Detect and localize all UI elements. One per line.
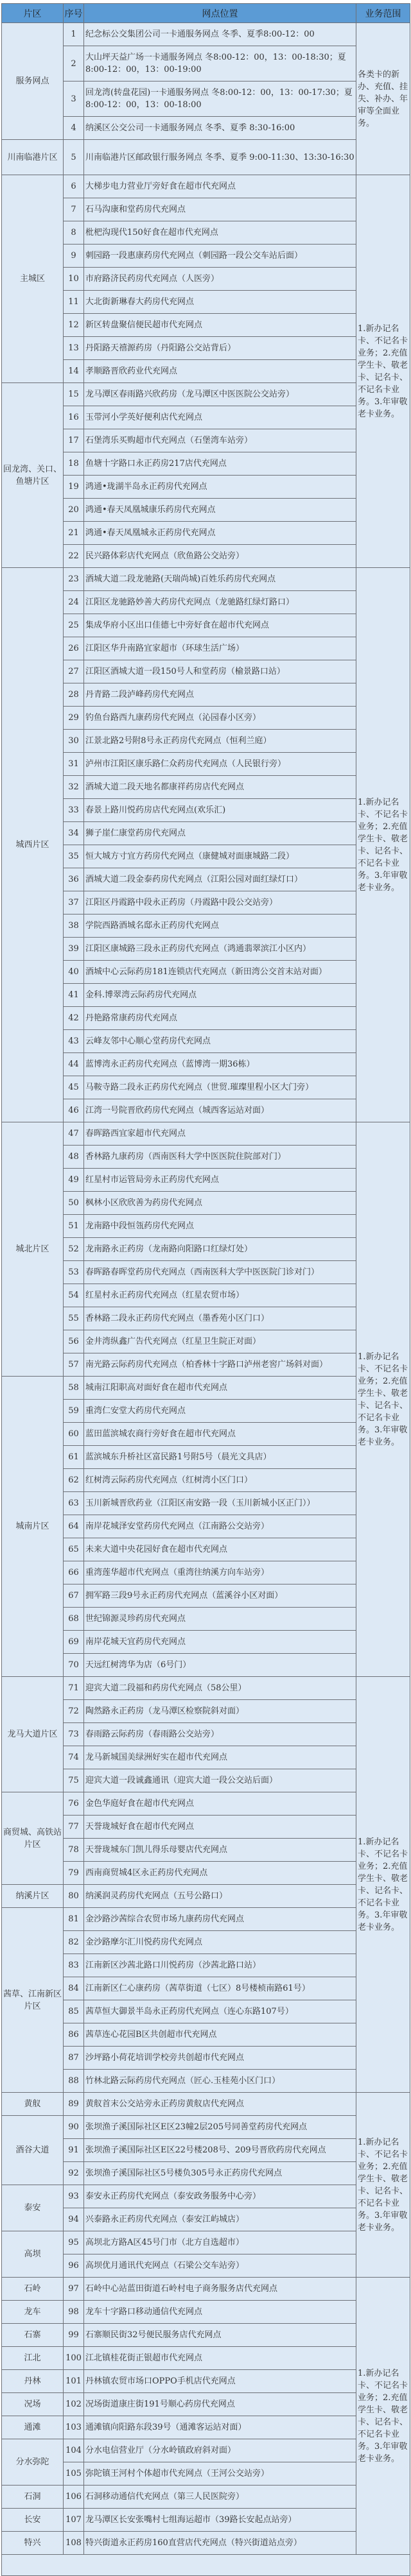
table-row: 69南岸花城天宜药房代充网点	[2, 1631, 410, 1654]
row-number: 49	[64, 1169, 84, 1192]
row-number: 59	[64, 1400, 84, 1423]
table-row: 65未来大道中央花园好食在超市代充网点	[2, 1538, 410, 1561]
row-number: 101	[64, 2370, 84, 2393]
table-row: 86茜草连心花园B区共创超市代充网点	[2, 2023, 410, 2047]
row-number: 41	[64, 984, 84, 1007]
table-row: 川南临港片区5川南临港片区邮政银行服务网点 冬季、夏季 9:00-11:30、1…	[2, 140, 410, 175]
area-cell: 川南临港片区	[2, 140, 64, 175]
table-row: 29钓鱼台路西九康药房代充网点（沁园春小区旁）	[2, 707, 410, 730]
table-row: 49红星村市运管局旁永正药房代充网点	[2, 1169, 410, 1192]
row-number: 67	[64, 1584, 84, 1608]
business-scope-cell: 1.新办记名卡、不记名卡业务；2.充值学生卡、敬老卡、记名卡、不记名卡业务。3.…	[356, 2278, 410, 2555]
row-number: 82	[64, 1931, 84, 1954]
business-scope-cell: 1.新办记名卡、不记名卡业务；2.充值学生卡、敬老卡、记名卡、不记名卡业务。3.…	[356, 568, 410, 1122]
table-row: 石寨99石寨顺民街32号便民服务店代充网点	[2, 2324, 410, 2347]
area-cell: 通滩	[2, 2416, 64, 2439]
row-number: 104	[64, 2439, 84, 2462]
table-row: 33春景上路川悦药房店代充网点(欢乐汇)	[2, 799, 410, 822]
outlet-location: 香林路九康药房（西南医科大学中医医院住院部对门）	[84, 1146, 356, 1169]
outlet-location: 红树湾云际药房代充网点（红树湾小区门口）	[84, 1469, 356, 1492]
table-row: 94兴泰路永正药房代充网点（泰安江屿城店）	[2, 2208, 410, 2231]
area-cell: 回龙湾、关口、鱼塘片区	[2, 383, 64, 568]
row-number: 26	[64, 637, 84, 660]
row-number: 9	[64, 245, 84, 268]
row-number: 73	[64, 1723, 84, 1746]
table-row: 61蓝滨城东升桥社区富民路1号附5号（晨光文具店）	[2, 1446, 410, 1469]
outlet-location: 江阳区康城路三段永正药房代充网点（鸿通翡翠滨江小区内）	[84, 938, 356, 961]
outlet-location: 鸿通•珑湖半岛永正药房代充网点	[84, 476, 356, 499]
outlet-location: 江阳区酒城大道一段150号人和堂药房（榆景路口站）	[84, 660, 356, 683]
table-body: 服务网点1纪念标公交集团公司一卡通服务网点 冬季、夏季8:00-12：00各类卡…	[2, 23, 410, 2576]
table-row: 龙车98龙车十字路口移动通信代充网点	[2, 2301, 410, 2324]
table-row: 20鸿通•春天凤凰城康乐药房代充网点	[2, 499, 410, 522]
row-number: 71	[64, 1677, 84, 1700]
area-cell: 丹林	[2, 2370, 64, 2393]
table-row: 丹林101丹林镇农贸市场口OPPO手机店代充网点	[2, 2370, 410, 2393]
outlet-location: 石寨顺民街32号便民服务店代充网点	[84, 2324, 356, 2347]
table-row: 4纳溪区公交公司一卡通服务网点 冬季、夏季 8:30-16:00	[2, 117, 410, 140]
outlet-location: 鱼塘十字路口永正药房217店代充网点	[84, 452, 356, 476]
outlet-location: 鸿通•春天凤凰城康乐药房代充网点	[84, 499, 356, 522]
outlet-location: 迎宾大道二段福和药房代充网点（58公里）	[84, 1677, 356, 1700]
outlet-location: 江南新区沙茜北路口川悦药房（沙茜北路口站）	[84, 1954, 356, 1977]
table-row: 55香林路二段永正药房代充网点（墨香苑小区门口）	[2, 1307, 410, 1330]
outlet-location: 蓝滨城东升桥社区富民路1号附5号（晨光文具店）	[84, 1446, 356, 1469]
row-number: 33	[64, 799, 84, 822]
table-row: 84江南新区仁心康药房（茜草街道（七区）8号楼桢南路61号）	[2, 1977, 410, 2000]
outlet-location: 酒城大道二段龙驰路(天瑞尚城)百姓乐药房代充网点	[84, 568, 356, 591]
outlet-location: 南岸花城天宜药房代充网点	[84, 1631, 356, 1654]
row-number: 28	[64, 683, 84, 707]
outlet-location: 枇杷沟现代150好食在超市代充网点	[84, 221, 356, 245]
table-row: 59重湾仁安堂大药房代充网点	[2, 1400, 410, 1423]
outlet-location: 酒城中心云际药房181连锁店代充网点（新田湾公交首末站对面）	[84, 961, 356, 984]
table-row: 46江湾一号院晋欣药房代充网点（城西客运站对面）	[2, 1099, 410, 1122]
table-row: 24江阳区龙驰路妙善大药房代充网点（龙驰路红绿灯路口）	[2, 591, 410, 614]
row-number: 40	[64, 961, 84, 984]
row-number: 98	[64, 2301, 84, 2324]
row-number: 75	[64, 1769, 84, 1792]
outlet-location: 狮子崖仁康堂药房代充网点	[84, 822, 356, 845]
area-cell: 高坝	[2, 2231, 64, 2278]
outlet-location: 金沙路摩尔汇川悦药房代充网点	[84, 1931, 356, 1954]
area-cell: 石岭	[2, 2278, 64, 2301]
outlet-location: 丹阳路天禧源药房（丹阳路公交站背后）	[84, 337, 356, 360]
row-number: 88	[64, 2070, 84, 2093]
outlet-location: 酒城大道二段天地名都康祥药房店代充网点	[84, 776, 356, 799]
table-row: 8枇杷沟现代150好食在超市代充网点	[2, 221, 410, 245]
row-number: 77	[64, 1816, 84, 1839]
outlet-location: 茜草连心花园B区共创超市代充网点	[84, 2023, 356, 2047]
table-row: 92张坝渔子溪国际社区5号楼负305号永正药房代充网点	[2, 2162, 410, 2185]
outlet-location: 茜草恒大御景半岛永正药房代充网点（连心东路107号）	[84, 2000, 356, 2023]
row-number: 30	[64, 730, 84, 753]
table-row: 32酒城大道二段天地名都康祥药房店代充网点	[2, 776, 410, 799]
row-number: 31	[64, 753, 84, 776]
row-number: 17	[64, 429, 84, 452]
table-row: 66重湾莲华超市代充网点（重湾往纳溪方向车站旁）	[2, 1561, 410, 1584]
table-row: 长安107龙马潭区长安张嘴村七组海运超市（39路长安起点站旁）	[2, 2509, 410, 2532]
row-number: 51	[64, 1215, 84, 1238]
business-scope-cell: 1.新办记名卡、不记名卡业务；2.充值学生卡、敬老卡、记名卡、不记名卡业务。3.…	[356, 175, 410, 568]
table-row: 17石堡湾乐买购超市代充网点（石堡湾车站旁）	[2, 429, 410, 452]
area-cell: 城北片区	[2, 1122, 64, 1377]
table-row: 70天远红树湾华为店（6号门）	[2, 1654, 410, 1677]
area-cell: 况场	[2, 2393, 64, 2416]
table-row: 43云峰友邻中心顺心堂药房代充网点	[2, 1030, 410, 1053]
outlet-location: 恒大城方寸宜方药房代充网点（康健城对面康城路二段）	[84, 845, 356, 868]
area-cell: 长安	[2, 2509, 64, 2532]
table-row: 27江阳区酒城大道一段150号人和堂药房（榆景路口站）	[2, 660, 410, 683]
outlet-location: 龙马新城国美绿洲好实在超市代充网点	[84, 1746, 356, 1769]
table-row: 82金沙路摩尔汇川悦药房代充网点	[2, 1931, 410, 1954]
table-row: 城西片区23酒城大道二段龙驰路(天瑞尚城)百姓乐药房代充网点1.新办记名卡、不记…	[2, 568, 410, 591]
header-scope: 业务范围	[356, 4, 410, 23]
row-number: 63	[64, 1492, 84, 1515]
outlet-location: 春晖路西宜家超市代充网点	[84, 1122, 356, 1146]
row-number: 39	[64, 938, 84, 961]
outlet-location: 云峰友邻中心顺心堂药房代充网点	[84, 1030, 356, 1053]
outlet-location: 迎宾大道一段诚鑫通讯（迎宾大道一段公交站后面）	[84, 1769, 356, 1792]
row-number: 45	[64, 1076, 84, 1099]
table-row: 56金井湾纵鑫广告代充网点（红星卫生院正对面）	[2, 1330, 410, 1353]
row-number: 108	[64, 2532, 84, 2555]
table-row: 纳溪片区80纳溪润灵药房代充网点（五号公路口）	[2, 1885, 410, 1908]
row-number: 70	[64, 1654, 84, 1677]
row-number: 105	[64, 2462, 84, 2486]
outlet-location: 金井湾纵鑫广告代充网点（红星卫生院正对面）	[84, 1330, 356, 1353]
outlet-location: 江阳区华升南路宜家超市（环球生活广场）	[84, 637, 356, 660]
row-number: 76	[64, 1792, 84, 1816]
outlet-location: 江南新区仁心康药房（茜草街道（七区）8号楼桢南路61号）	[84, 1977, 356, 2000]
row-number: 34	[64, 822, 84, 845]
area-cell: 江北	[2, 2347, 64, 2370]
outlet-location: 香林路二段永正药房代充网点（墨香苑小区门口）	[84, 1307, 356, 1330]
row-number: 69	[64, 1631, 84, 1654]
area-cell: 茜草、江南新区片区	[2, 1908, 64, 2093]
row-number: 53	[64, 1261, 84, 1284]
outlet-location: 特兴街道永正药房160直营店代充网点（特兴街道站点旁）	[84, 2532, 356, 2555]
outlet-location: 集成华府小区出口佳德七中旁好食在超市代充网点	[84, 614, 356, 637]
table-row: 48香林路九康药房（西南医科大学中医医院住院部对门）	[2, 1146, 410, 1169]
table-row: 商贸城、高铁站片区76金色华庭好食在超市代充网点	[2, 1792, 410, 1816]
outlet-location: 江湾一号院晋欣药房代充网点（城西客运站对面）	[84, 1099, 356, 1122]
outlet-location: 天誉珑城好食在超市代充网点	[84, 1816, 356, 1839]
outlet-location: 春晖路春晖堂药房代充网点（西南医科大学中医医院门诊对门）	[84, 1261, 356, 1284]
row-number: 47	[64, 1122, 84, 1146]
table-row: 39江阳区康城路三段永正药房代充网点（鸿通翡翠滨江小区内）	[2, 938, 410, 961]
row-number: 50	[64, 1192, 84, 1215]
table-row: 63玉川新城晋欣药业（江阳区南安路一段（玉川新城小区正门））	[2, 1492, 410, 1515]
table-row: 38学院西路酒城名邸永正药房代充网点	[2, 914, 410, 938]
outlet-location: 重湾莲华超市代充网点（重湾往纳溪方向车站旁）	[84, 1561, 356, 1584]
row-number: 103	[64, 2416, 84, 2439]
table-row: 52龙南路永正药房（龙南路向阳路口红绿灯处）	[2, 1238, 410, 1261]
outlet-location: 酒城大道二段金泰药房代充网点（江阳公园对面红绿灯口）	[84, 868, 356, 891]
area-cell: 石寨	[2, 2324, 64, 2347]
row-number: 81	[64, 1908, 84, 1931]
table-row: 石洞106石洞移动通信代充网点（第三人民医院旁）	[2, 2486, 410, 2509]
table-row: 回龙湾、关口、鱼塘片区15龙马潭区春雨路兴欣药房（龙马潭区中医医院公交站旁）	[2, 383, 410, 406]
outlet-location: 枫林小区欣欣善为药房代充网点	[84, 1192, 356, 1215]
footer-note	[2, 2555, 410, 2576]
table-row: 城北片区47春晖路西宜家超市代充网点1.新办记名卡、不记名卡业务；2.充值学生卡…	[2, 1122, 410, 1146]
row-number: 92	[64, 2162, 84, 2185]
outlet-location: 金色华庭好食在超市代充网点	[84, 1792, 356, 1816]
outlet-location: 重湾仁安堂大药房代充网点	[84, 1400, 356, 1423]
row-number: 43	[64, 1030, 84, 1053]
row-number: 48	[64, 1146, 84, 1169]
business-scope-cell: 1.新办记名卡、不记名卡业务；2.充值学生卡、敬老卡、记名卡、不记名卡业务。3.…	[356, 2093, 410, 2278]
table-row: 茜草、江南新区片区81金沙路沙茜综合农贸市场九康药房代充网点	[2, 1908, 410, 1931]
row-number: 16	[64, 406, 84, 429]
row-number: 90	[64, 2116, 84, 2139]
table-row: 42丹艳路常康药房代充网点	[2, 1007, 410, 1030]
table-row: 45马鞍寺路二段永正药房代充网点（世贸.璀璨里程小区大门旁）	[2, 1076, 410, 1099]
header-location: 网点位置	[84, 4, 356, 23]
outlet-location: 红星村永正药房代充网点（红星农贸市场）	[84, 1284, 356, 1307]
outlet-location: 南岸花城泽安堂药房代充网点（江南路公交站旁）	[84, 1515, 356, 1538]
table-row: 40酒城中心云际药房181连锁店代充网点（新田湾公交首末站对面）	[2, 961, 410, 984]
table-row: 22民兴路体彩店代充网点（欣鱼路公交站旁）	[2, 545, 410, 568]
row-number: 94	[64, 2208, 84, 2231]
outlet-location: 况场街道康庄街191号顺心药房代充网点	[84, 2393, 356, 2416]
business-scope-cell: 各类卡的新办、充值、挂失、补办、年审等全面业务。	[356, 23, 410, 175]
table-row: 87沙坪路小荷花培训学校旁共创超市代充网点	[2, 2047, 410, 2070]
table-footer-row	[2, 2555, 410, 2576]
outlet-location: 泰安永正药房代充网点（泰安政务服务中心旁）	[84, 2185, 356, 2208]
table-row: 泰安93泰安永正药房代充网点（泰安政务服务中心旁）	[2, 2185, 410, 2208]
table-row: 21鸿通•春天凤凰城永正药房代充网点	[2, 522, 410, 545]
row-number: 8	[64, 221, 84, 245]
table-row: 74龙马新城国美绿洲好实在超市代充网点	[2, 1746, 410, 1769]
table-row: 城南片区58城南江阳职高对面好食在超市代充网点	[2, 1377, 410, 1400]
service-outlets-table: 片区 序号 网点位置 业务范围 服务网点1纪念标公交集团公司一卡通服务网点 冬季…	[1, 3, 410, 2576]
row-number: 7	[64, 198, 84, 221]
table-row: 44蓝博湾永正药房代充网点（蓝博湾一期36栋）	[2, 1053, 410, 1076]
table-row: 28丹青路二段泸峰药房代充网点	[2, 683, 410, 707]
outlet-location: 刺园路一段惠康药房代充网点（刺园路一段公交车站后面）	[84, 245, 356, 268]
outlet-location: 丹青路二段泸峰药房代充网点	[84, 683, 356, 707]
outlet-location: 学院西路酒城名邸永正药房代充网点	[84, 914, 356, 938]
outlet-location: 马鞍寺路二段永正药房代充网点（世贸.璀璨里程小区大门旁）	[84, 1076, 356, 1099]
row-number: 44	[64, 1053, 84, 1076]
row-number: 3	[64, 82, 84, 117]
row-number: 6	[64, 175, 84, 198]
business-scope-cell: 1.新办记名卡、不记名卡业务；2.充值学生卡、敬老卡、记名卡、不记名卡业务。3.…	[356, 1677, 410, 2093]
row-number: 56	[64, 1330, 84, 1353]
outlet-location: 龙马潭区春雨路兴欣药房（龙马潭区中医医院公交站旁）	[84, 383, 356, 406]
outlet-location: 拥军路三段9号永正药房代充网点（蓝溪谷小区对面）	[84, 1584, 356, 1608]
area-cell: 城西片区	[2, 568, 64, 1122]
table-row: 79西南商贸城4区永正药房代充网点	[2, 1862, 410, 1885]
row-number: 106	[64, 2486, 84, 2509]
row-number: 84	[64, 1977, 84, 2000]
table-row: 83江南新区沙茜北路口川悦药房（沙茜北路口站）	[2, 1954, 410, 1977]
outlet-location: 弥陀镇王河村个体超市代充网点（王河公交站旁）	[84, 2462, 356, 2486]
row-number: 91	[64, 2139, 84, 2162]
table-row: 况场102况场街道康庄街191号顺心药房代充网点	[2, 2393, 410, 2416]
table-row: 25集成华府小区出口佳德七中旁好食在超市代充网点	[2, 614, 410, 637]
table-row: 酒谷大道90张坝渔子溪国际社区E区23幢2层205号同善堂药房代充网点	[2, 2116, 410, 2139]
row-number: 4	[64, 117, 84, 140]
row-number: 74	[64, 1746, 84, 1769]
outlet-location: 回龙湾(转盘花园)一卡通服务网点 冬8:00-12：00，13：00-17:30…	[84, 82, 356, 117]
outlet-location: 江景北路2号附8号永正药房代充网点（恒利兰庭）	[84, 730, 356, 753]
outlet-location: 世纪锦源灵珍药房代充网点	[84, 1608, 356, 1631]
row-number: 102	[64, 2393, 84, 2416]
row-number: 100	[64, 2347, 84, 2370]
row-number: 36	[64, 868, 84, 891]
outlet-location: 民兴路体彩店代充网点（欣鱼路公交站旁）	[84, 545, 356, 568]
outlet-location: 泸州市江阳区康乐路仁众药房代充网点（人民银行旁）	[84, 753, 356, 776]
outlet-location: 江阳区龙驰路妙善大药房代充网点（龙驰路红绿灯路口）	[84, 591, 356, 614]
outlet-location: 石洞移动通信代充网点（第三人民医院旁）	[84, 2486, 356, 2509]
row-number: 24	[64, 591, 84, 614]
table-row: 黄舣89黄舣首末公交站旁永正药房黄舣店代充网点1.新办记名卡、不记名卡业务；2.…	[2, 2093, 410, 2116]
table-row: 26江阳区华升南路宜家超市（环球生活广场）	[2, 637, 410, 660]
row-number: 93	[64, 2185, 84, 2208]
outlet-location: 竹林北路云际药房代充网点（匠心.玉桂苑小区门口）	[84, 2070, 356, 2093]
table-row: 18鱼塘十字路口永正药房217店代充网点	[2, 452, 410, 476]
row-number: 38	[64, 914, 84, 938]
outlet-location: 纳溪区公交公司一卡通服务网点 冬季、夏季 8:30-16:00	[84, 117, 356, 140]
outlet-location: 沙坪路小荷花培训学校旁共创超市代充网点	[84, 2047, 356, 2070]
table-row: 9刺园路一段惠康药房代充网点（刺园路一段公交车站后面）	[2, 245, 410, 268]
table-row: 62红树湾云际药房代充网点（红树湾小区门口）	[2, 1469, 410, 1492]
table-row: 60蓝田蓝滨城农商行旁好食在超市代充网点	[2, 1423, 410, 1446]
outlet-location: 石堡湾乐买购超市代充网点（石堡湾车站旁）	[84, 429, 356, 452]
table-row: 7石马沟康和堂药房代充网点	[2, 198, 410, 221]
area-cell: 龙车	[2, 2301, 64, 2324]
outlet-location: 孝顺路晋欣药业代充网点	[84, 360, 356, 383]
table-row: 龙马大道片区71迎宾大道二段福和药房代充网点（58公里）1.新办记名卡、不记名卡…	[2, 1677, 410, 1700]
outlet-location: 玉川新城晋欣药业（江阳区南安路一段（玉川新城小区正门））	[84, 1492, 356, 1515]
outlet-location: 春雨路云际药房（春雨路公交站旁）	[84, 1723, 356, 1746]
table-row: 19鸿通•珑湖半岛永正药房代充网点	[2, 476, 410, 499]
outlet-location: 天远红树湾华为店（6号门）	[84, 1654, 356, 1677]
table-row: 31泸州市江阳区康乐路仁众药房代充网点（人民银行旁）	[2, 753, 410, 776]
row-number: 95	[64, 2231, 84, 2254]
area-cell: 分水弥陀	[2, 2439, 64, 2486]
table-row: 35恒大城方寸宜方药房代充网点（康健城对面康城路二段）	[2, 845, 410, 868]
area-cell: 酒谷大道	[2, 2116, 64, 2185]
table-header-row: 片区 序号 网点位置 业务范围	[2, 4, 410, 23]
header-no: 序号	[64, 4, 84, 23]
outlet-location: 城南江阳职高对面好食在超市代充网点	[84, 1377, 356, 1400]
row-number: 107	[64, 2509, 84, 2532]
outlet-location: 春景上路川悦药房店代充网点(欢乐汇)	[84, 799, 356, 822]
row-number: 55	[64, 1307, 84, 1330]
outlet-location: 新区转盘聚信便民超市代充网点	[84, 314, 356, 337]
outlet-location: 张坝渔子溪国际社区E区22号楼208号、209号晋欣药房代充网点	[84, 2139, 356, 2162]
row-number: 54	[64, 1284, 84, 1307]
row-number: 15	[64, 383, 84, 406]
outlet-location: 江北镇桂花街正银超市代充网点	[84, 2347, 356, 2370]
row-number: 10	[64, 268, 84, 291]
table-row: 特兴108特兴街道永正药房160直营店代充网点（特兴街道站点旁）	[2, 2532, 410, 2555]
row-number: 66	[64, 1561, 84, 1584]
outlet-location: 天誉珑城东门凯儿得乐母婴店代充网点	[84, 1839, 356, 1862]
outlet-location: 龙南路永正药房（龙南路向阳路口红绿灯处）	[84, 1238, 356, 1261]
outlet-location: 川南临港片区邮政银行服务网点 冬季、夏季 9:00-11:30、13:30-16…	[84, 140, 356, 175]
table-row: 高坝95高坝北方路A区45号门市（北方自选超市）	[2, 2231, 410, 2254]
row-number: 65	[64, 1538, 84, 1561]
row-number: 99	[64, 2324, 84, 2347]
outlet-location: 蓝田蓝滨城农商行旁好食在超市代充网点	[84, 1423, 356, 1446]
row-number: 58	[64, 1377, 84, 1400]
outlet-location: 石马沟康和堂药房代充网点	[84, 198, 356, 221]
table-row: 51龙南路中段恒瓴药房代充网点	[2, 1215, 410, 1238]
table-row: 37江阳区丹霞路中段永正药房（丹霞路中段公交站旁）	[2, 891, 410, 914]
area-cell: 特兴	[2, 2532, 64, 2555]
outlet-location: 张坝渔子溪国际社区E区23幢2层205号同善堂药房代充网点	[84, 2116, 356, 2139]
row-number: 21	[64, 522, 84, 545]
row-number: 1	[64, 23, 84, 46]
table-row: 12新区转盘聚信便民超市代充网点	[2, 314, 410, 337]
table-row: 64南岸花城泽安堂药房代充网点（江南路公交站旁）	[2, 1515, 410, 1538]
table-row: 16玉带河小学英好便利店代充网点	[2, 406, 410, 429]
outlet-location: 金沙路沙茜综合农贸市场九康药房代充网点	[84, 1908, 356, 1931]
area-cell: 商贸城、高铁站片区	[2, 1792, 64, 1885]
area-cell: 黄舣	[2, 2093, 64, 2116]
row-number: 22	[64, 545, 84, 568]
outlet-location: 南光路云际药房代充网点（柏香林十字路口泸州老窖广场斜对面）	[84, 1353, 356, 1377]
table-row: 30江景北路2号附8号永正药房代充网点（恒利兰庭）	[2, 730, 410, 753]
row-number: 37	[64, 891, 84, 914]
table-row: 13丹阳路天禧源药房（丹阳路公交站背后）	[2, 337, 410, 360]
table-row: 江北100江北镇桂花街正银超市代充网点	[2, 2347, 410, 2370]
row-number: 5	[64, 140, 84, 175]
table-row: 2大山坪天益广场一卡通服务网点 冬8:00-12：00，13：00-18:30；…	[2, 46, 410, 82]
outlet-location: 江阳区丹霞路中段永正药房（丹霞路中段公交站旁）	[84, 891, 356, 914]
outlet-location: 龙马潭区长安张嘴村七组海运超市（39路长安起点站旁）	[84, 2509, 356, 2532]
row-number: 11	[64, 291, 84, 314]
header-area: 片区	[2, 4, 64, 23]
row-number: 80	[64, 1885, 84, 1908]
outlet-location: 未来大道中央花园好食在超市代充网点	[84, 1538, 356, 1561]
row-number: 89	[64, 2093, 84, 2116]
outlet-location: 大梯步电力营业厅旁好食在超市代充网点	[84, 175, 356, 198]
row-number: 57	[64, 1353, 84, 1377]
table-row: 77天誉珑城好食在超市代充网点	[2, 1816, 410, 1839]
table-row: 105弥陀镇王河村个体超市代充网点（王河公交站旁）	[2, 2462, 410, 2486]
table-row: 78天誉珑城东门凯儿得乐母婴店代充网点	[2, 1839, 410, 1862]
row-number: 85	[64, 2000, 84, 2023]
row-number: 25	[64, 614, 84, 637]
row-number: 79	[64, 1862, 84, 1885]
table-row: 75迎宾大道一段诚鑫通讯（迎宾大道一段公交站后面）	[2, 1769, 410, 1792]
row-number: 32	[64, 776, 84, 799]
row-number: 60	[64, 1423, 84, 1446]
row-number: 68	[64, 1608, 84, 1631]
row-number: 18	[64, 452, 84, 476]
table-row: 分水弥陀104分水电信营业厅（分水岭镇政府斜对面）	[2, 2439, 410, 2462]
outlet-location: 龙南路中段恒瓴药房代充网点	[84, 1215, 356, 1238]
outlet-location: 玉带河小学英好便利店代充网点	[84, 406, 356, 429]
table-row: 11大北街新琳春大药房代充网点	[2, 291, 410, 314]
table-row: 3回龙湾(转盘花园)一卡通服务网点 冬8:00-12：00，13：00-17:3…	[2, 82, 410, 117]
table-row: 54红星村永正药房代充网点（红星农贸市场）	[2, 1284, 410, 1307]
table-row: 68世纪锦源灵珍药房代充网点	[2, 1608, 410, 1631]
table-row: 50枫林小区欣欣善为药房代充网点	[2, 1192, 410, 1215]
outlet-location: 钓鱼台路西九康药房代充网点（沁园春小区旁）	[84, 707, 356, 730]
outlet-location: 大山坪天益广场一卡通服务网点 冬8:00-12：00，13：00-18:30；夏…	[84, 46, 356, 82]
outlet-location: 丹林镇农贸市场口OPPO手机店代充网点	[84, 2370, 356, 2393]
table-row: 41金科.博翠湾云际药房代充网点	[2, 984, 410, 1007]
row-number: 78	[64, 1839, 84, 1862]
outlet-location: 红星村市运管局旁永正药房代充网点	[84, 1169, 356, 1192]
